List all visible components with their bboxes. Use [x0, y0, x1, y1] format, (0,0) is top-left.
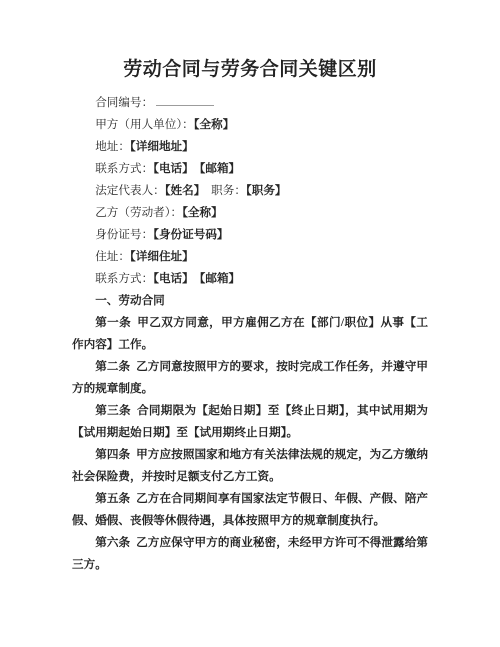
field-placeholder: 【详细地址】 [130, 140, 194, 153]
article-number: 第二条 [95, 360, 130, 373]
article-paragraph: 第六条 乙方应保守甲方的商业秘密，未经甲方许可不得泄露给第三方。 [72, 532, 428, 576]
field-label: 合同编号： [95, 96, 153, 109]
header-field-line: 甲方（用人单位）：【全称】 [72, 114, 428, 136]
document-page: 劳动合同与劳务合同关键区别 合同编号：甲方（用人单位）：【全称】地址：【详细地址… [0, 0, 500, 647]
header-field-line: 法定代表人：【姓名】 职务：【职务】 [72, 180, 428, 202]
field-placeholder: 【全称】 [194, 118, 235, 131]
field-placeholder: 【电话】 [153, 162, 188, 175]
field-label: 法定代表人： [95, 184, 165, 197]
section-heading: 一、劳动合同 [72, 290, 428, 312]
field-placeholder: 【全称】 [182, 206, 223, 219]
article-paragraph: 第五条 乙方在合同期间享有国家法定节假日、年假、产假、陪产假、婚假、丧假等休假待… [72, 488, 428, 532]
field-label: 地址： [95, 140, 130, 153]
article-paragraph: 第二条 乙方同意按照甲方的要求，按时完成工作任务，并遵守甲方的规章制度。 [72, 356, 428, 400]
field-placeholder: 【电话】 [153, 272, 188, 285]
header-field-line: 身份证号：【身份证号码】 [72, 224, 428, 246]
field-label: 甲方（用人单位）： [95, 118, 194, 131]
header-field-line: 联系方式：【电话】 【邮箱】 [72, 158, 428, 180]
field-label: 联系方式： [95, 162, 153, 175]
header-field-line: 乙方（劳动者）：【全称】 [72, 202, 428, 224]
article-paragraph: 第四条 甲方应按照国家和地方有关法律法规的规定，为乙方缴纳社会保险费，并按时足额… [72, 444, 428, 488]
field-placeholder: 【职务】 [246, 184, 287, 197]
field-label: 职务： [200, 184, 246, 197]
field-label: 身份证号： [95, 228, 153, 241]
contract-number-blank-line [156, 94, 214, 106]
article-number: 第五条 [95, 492, 130, 505]
header-fields: 合同编号：甲方（用人单位）：【全称】地址：【详细地址】联系方式：【电话】 【邮箱… [72, 92, 428, 290]
header-field-line: 联系方式：【电话】 【邮箱】 [72, 268, 428, 290]
header-field-line: 住址：【详细住址】 [72, 246, 428, 268]
field-placeholder: 【详细住址】 [130, 250, 194, 263]
article-number: 第四条 [95, 448, 130, 461]
header-field-line: 地址：【详细地址】 [72, 136, 428, 158]
field-label: 住址： [95, 250, 130, 263]
field-placeholder: 【邮箱】 [200, 162, 241, 175]
article-number: 第一条 [95, 316, 131, 329]
field-placeholder: 【姓名】 [165, 184, 200, 197]
article-paragraph: 第一条 甲乙双方同意，甲方雇佣乙方在【部门/职位】从事【工作内容】工作。 [72, 312, 428, 356]
document-body: 合同编号：甲方（用人单位）：【全称】地址：【详细地址】联系方式：【电话】 【邮箱… [72, 92, 428, 576]
header-field-line: 合同编号： [72, 92, 428, 114]
article-number: 第六条 [95, 536, 130, 549]
field-label: 乙方（劳动者）： [95, 206, 182, 219]
article-paragraph: 第三条 合同期限为【起始日期】至【终止日期】，其中试用期为【试用期起始日期】至【… [72, 400, 428, 444]
document-title: 劳动合同与劳务合同关键区别 [0, 0, 500, 84]
field-label [188, 272, 200, 285]
field-placeholder: 【邮箱】 [200, 272, 241, 285]
article-number: 第三条 [95, 404, 131, 417]
field-placeholder: 【身份证号码】 [153, 228, 228, 241]
articles: 第一条 甲乙双方同意，甲方雇佣乙方在【部门/职位】从事【工作内容】工作。第二条 … [72, 312, 428, 576]
field-label [188, 162, 200, 175]
field-label: 联系方式： [95, 272, 153, 285]
